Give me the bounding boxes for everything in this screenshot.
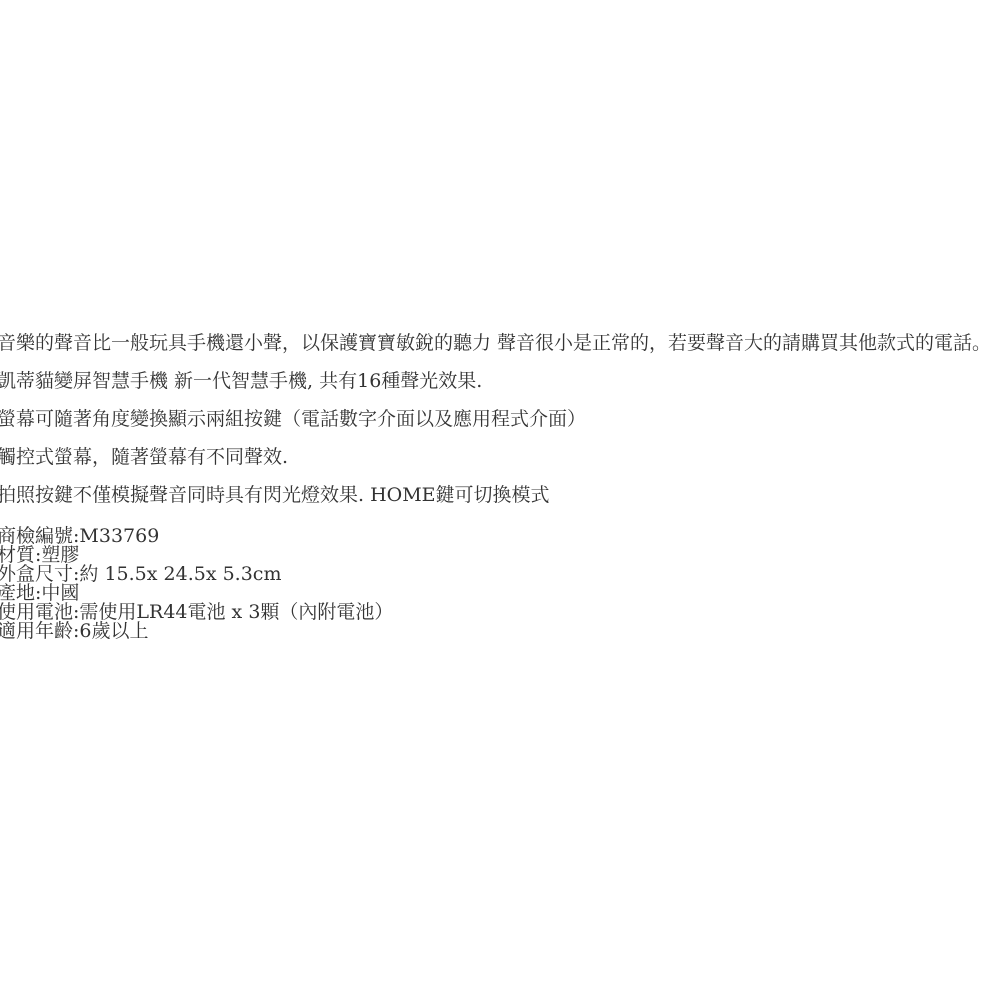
spec-row-age-range: 適用年齡:6歲以上 [0,622,1000,641]
description-paragraph-screen-modes: 螢幕可隨著角度變換顯示兩組按鍵（電話數字介面以及應用程式介面） [0,409,1000,429]
spec-row-box-size: 外盒尺寸:約 15.5x 24.5x 5.3cm [0,565,1000,584]
spec-label: 適用年齡 [0,620,73,642]
description-paragraph-volume-note: 音樂的聲音比一般玩具手機還小聲，以保護寶寶敏銳的聽力 聲音很小是正常的，若要聲音… [0,333,1000,353]
spec-list: 商檢編號:M33769 材質:塑膠 外盒尺寸:約 15.5x 24.5x 5.3… [0,527,1000,641]
spec-value: 約 15.5x 24.5x 5.3cm [79,563,281,585]
spec-row-inspection-number: 商檢編號:M33769 [0,527,1000,546]
product-description: 音樂的聲音比一般玩具手機還小聲，以保護寶寶敏銳的聽力 聲音很小是正常的，若要聲音… [0,333,1000,641]
spec-value: 6歲以上 [79,620,148,642]
spec-value: M33769 [79,525,159,547]
description-paragraph-product-intro: 凱蒂貓變屏智慧手機 新一代智慧手機, 共有16種聲光效果. [0,371,1000,391]
description-paragraph-camera-button: 拍照按鍵不僅模擬聲音同時具有閃光燈效果. HOME鍵可切換模式 [0,485,1000,505]
spec-row-battery: 使用電池:需使用LR44電池 x 3顆（內附電池） [0,603,1000,622]
description-paragraph-touchscreen: 觸控式螢幕，隨著螢幕有不同聲效. [0,447,1000,467]
